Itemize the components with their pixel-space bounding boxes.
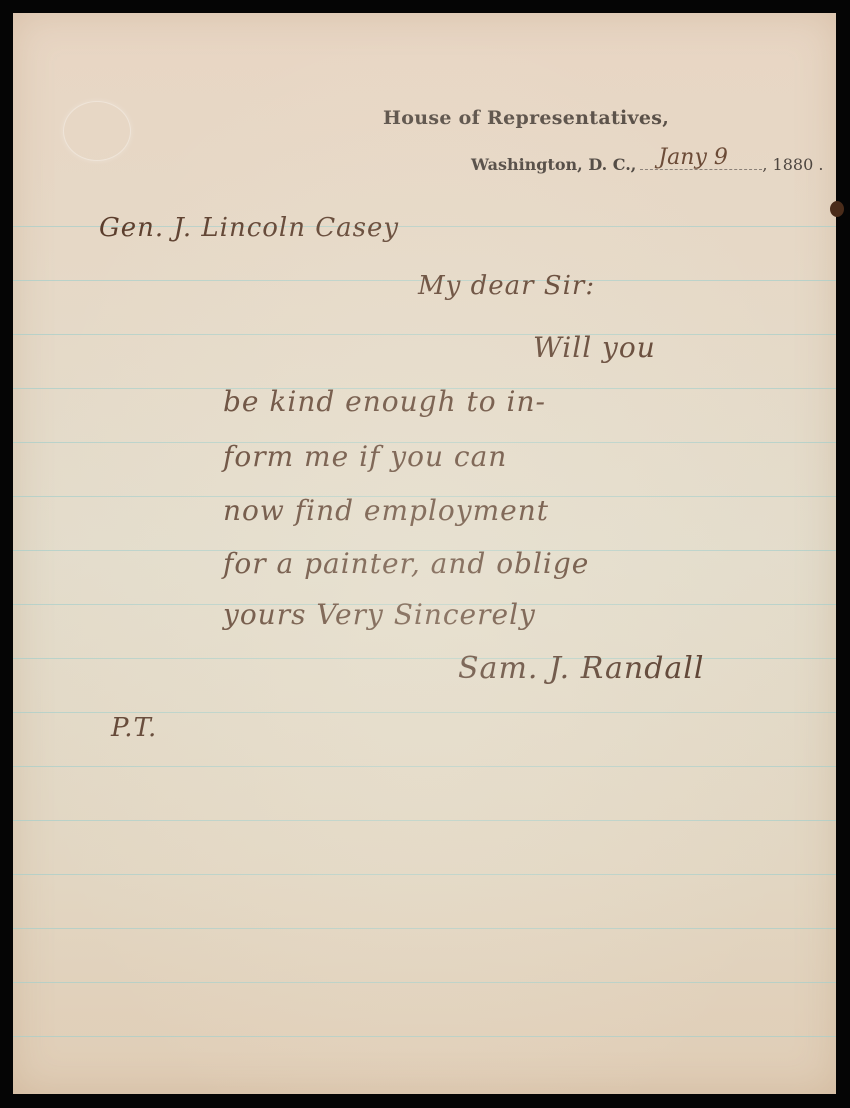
ruled-line [13, 658, 836, 659]
body-line-4: now find employment [223, 494, 549, 527]
salutation: My dear Sir: [418, 271, 595, 301]
ruled-line [13, 766, 836, 767]
letterhead-place: Washington, D. C., [471, 155, 636, 174]
body-line-5: for a painter, and oblige [223, 547, 589, 580]
ruled-line [13, 334, 836, 335]
ruled-line [13, 928, 836, 929]
ruled-line [13, 820, 836, 821]
letterhead-dateline: Washington, D. C.,Jany 9, 1880 . [471, 153, 823, 174]
punch-hole [830, 201, 844, 217]
body-line-3: form me if you can [223, 440, 507, 473]
letterhead-title: House of Representatives, [383, 107, 669, 129]
body-line-6: yours Very Sincerely [223, 598, 536, 631]
date-blank: Jany 9 [640, 153, 762, 170]
embossed-seal-icon [63, 101, 131, 161]
addressee: Gen. J. Lincoln Casey [99, 213, 399, 243]
ruled-line [13, 874, 836, 875]
handwritten-date: Jany 9 [658, 145, 728, 170]
letter-paper: House of Representatives, Washington, D.… [13, 13, 836, 1094]
postscript-initials: P.T. [111, 713, 157, 743]
ruled-line [13, 1036, 836, 1037]
dateline-period: . [818, 155, 823, 174]
signature: Sam. J. Randall [458, 651, 705, 686]
body-line-2: be kind enough to in- [223, 385, 546, 418]
year-separator: , [762, 155, 767, 174]
letterhead-year: 1880 [773, 155, 814, 174]
ruled-line [13, 982, 836, 983]
body-line-1: Will you [533, 331, 656, 364]
